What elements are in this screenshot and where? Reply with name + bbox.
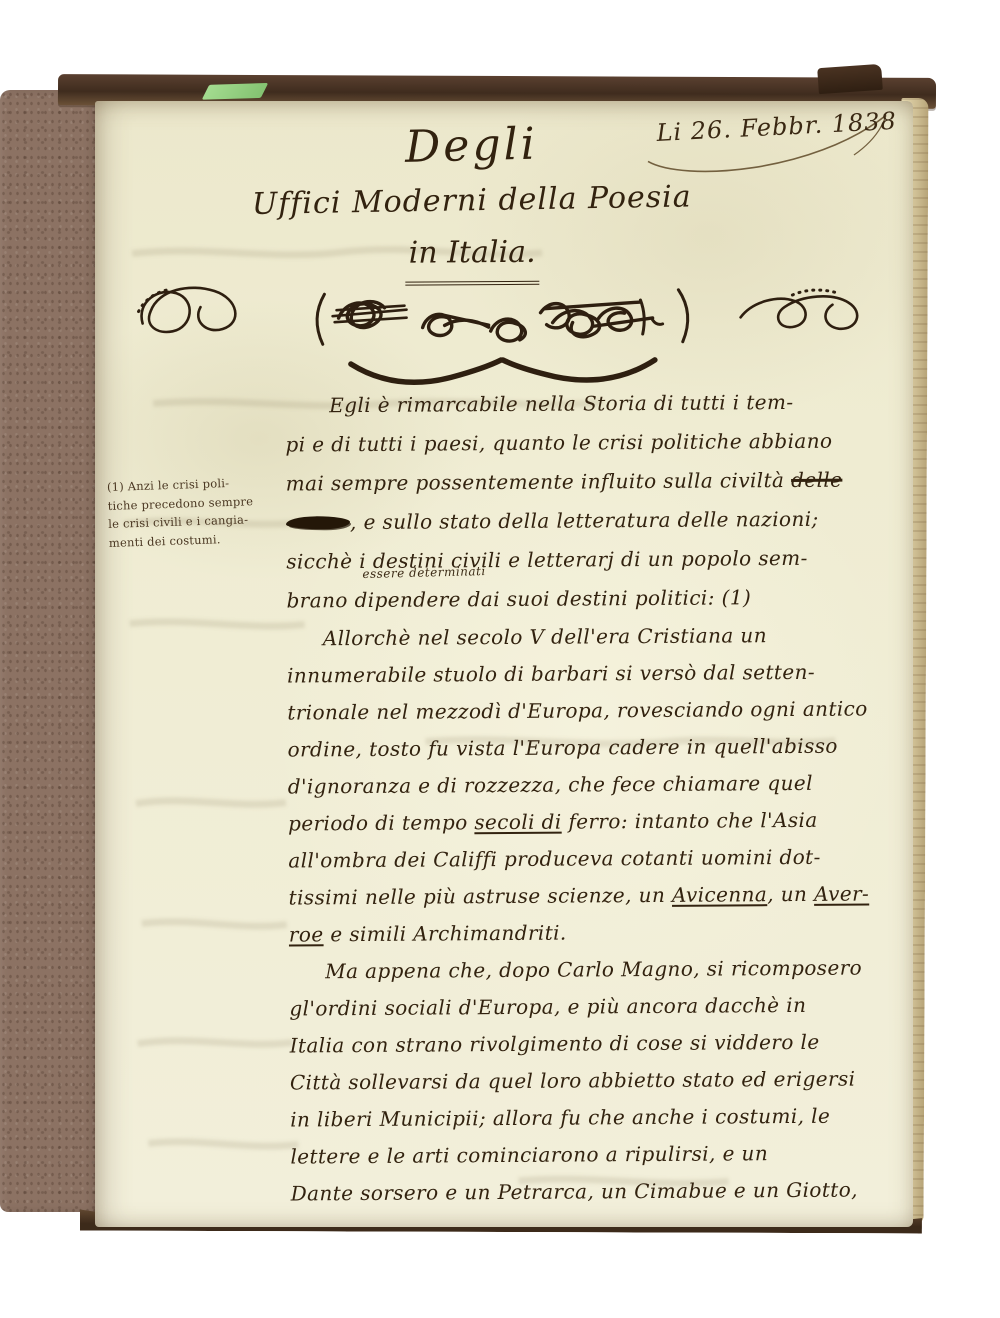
scribbled-word-blot: [286, 516, 350, 529]
body-line: gl'ordini sociali d'Europa, e più ancora…: [289, 986, 909, 1027]
text-segment: ordine, tosto fu vista l'Europa cadere i…: [288, 734, 838, 762]
text-segment: trionale nel mezzodì d'Europa, rovescian…: [287, 696, 868, 724]
text-segment: tissimi nelle più astruse scienze, un: [289, 883, 672, 910]
right-flourish-icon: [740, 290, 857, 330]
body-line: pi e di tutti i paesi, quanto le crisi p…: [285, 421, 905, 464]
body-line: trionale nel mezzodì d'Europa, rovescian…: [287, 690, 907, 731]
body-line: , e sullo stato della letteratura delle …: [286, 499, 906, 542]
text-segment: pi e di tutti i paesi, quanto le crisi p…: [285, 429, 832, 457]
body-line: Italia con strano rivolgimento di cose s…: [290, 1023, 910, 1064]
text-segment: lettere e le arti cominciarono a ripulir…: [290, 1141, 768, 1168]
text-segment: Avicenna: [672, 882, 767, 907]
book-cover-left: [0, 90, 102, 1212]
text-segment: ferro: intanto che l'Asia: [562, 808, 818, 834]
text-segment: delle: [791, 468, 842, 492]
body-line: lettere e le arti cominciarono a ripulir…: [290, 1134, 910, 1175]
text-segment: periodo di tempo: [288, 810, 474, 835]
title-line-1: Degli: [211, 111, 732, 182]
title-line-3-text: in Italia.: [405, 227, 540, 286]
text-segment: e simili Archimandriti.: [323, 921, 566, 947]
body-line: sicchè i destini civili e letterarj di u…: [286, 538, 906, 581]
paragraph: Ma appena che, dopo Carlo Magno, si rico…: [289, 949, 911, 1212]
body-line: Ma appena che, dopo Carlo Magno, si rico…: [289, 949, 909, 990]
text-segment: , e sullo stato della letteratura delle …: [350, 507, 819, 534]
margin-note: (1) Anzi le crisi poli- tiche precedono …: [107, 472, 281, 552]
paragraph: Allorchè nel secolo V dell'era Cristiana…: [287, 616, 909, 953]
body-line: brano dipendere dai suoi destini politic…: [286, 577, 906, 620]
text-segment: secoli di: [474, 810, 561, 835]
text-segment: Allorchè nel secolo V dell'era Cristiana…: [323, 623, 767, 650]
page-content: Li 26. Febbr. 1838 Degli Uffici Moderni …: [91, 98, 917, 1230]
text-segment: Dante sorsero e un Petrarca, un Cimabue …: [291, 1178, 858, 1206]
title-line-3: in Italia.: [212, 225, 732, 287]
scribbled-subtitle: [317, 290, 688, 345]
text-segment: brano dipendere dai suoi destini politic…: [286, 585, 751, 612]
body-line: in liberi Municipii; allora fu che anche…: [290, 1097, 910, 1138]
manuscript-photo: Li 26. Febbr. 1838 Degli Uffici Moderni …: [0, 0, 1000, 1318]
book-corner-top-right: [817, 64, 883, 94]
body-line: Città sollevarsi da quel loro abbietto s…: [290, 1060, 910, 1101]
manuscript-page: Li 26. Febbr. 1838 Degli Uffici Moderni …: [95, 101, 913, 1227]
text-segment: Città sollevarsi da quel loro abbietto s…: [290, 1067, 856, 1095]
text-segment: gl'ordini sociali d'Europa, e più ancora…: [289, 993, 806, 1021]
body-line: mai sempre possentemente influito sulla …: [286, 460, 906, 503]
text-segment: , un: [767, 882, 814, 906]
text-segment: d'ignoranza e di rozzezza, che fece chia…: [288, 771, 813, 799]
paragraph: Egli è rimarcabile nella Storia di tutti…: [285, 382, 907, 620]
body-line: ordine, tosto fu vista l'Europa cadere i…: [287, 727, 907, 768]
text-segment: in liberi Municipii; allora fu che anche…: [290, 1104, 830, 1132]
body-text: Egli è rimarcabile nella Storia di tutti…: [285, 382, 911, 1212]
title-block: Degli Uffici Moderni della Poesia in Ita…: [211, 115, 732, 287]
left-flourish-icon: [138, 287, 235, 332]
body-line: roe e simili Archimandriti.: [289, 912, 909, 953]
body-line: periodo di tempo secoli di ferro: intant…: [288, 801, 908, 842]
text-segment: Egli è rimarcabile nella Storia di tutti…: [329, 390, 793, 417]
body-line: Dante sorsero e un Petrarca, un Cimabue …: [291, 1171, 911, 1212]
text-segment: Ma appena che, dopo Carlo Magno, si rico…: [325, 956, 862, 984]
body-line: Egli è rimarcabile nella Storia di tutti…: [285, 382, 905, 425]
brace-ornament-icon: [351, 359, 655, 383]
text-segment: sicchè i destini civili e letterarj di u…: [286, 546, 808, 574]
text-segment: Aver-: [814, 881, 869, 905]
title-line-2: Uffici Moderni della Poesia: [211, 171, 732, 232]
body-line: innumerabile stuolo di barbari si versò …: [287, 653, 907, 694]
body-line: all'ombra dei Califfi produceva cotanti …: [288, 838, 908, 879]
body-line: d'ignoranza e di rozzezza, che fece chia…: [288, 764, 908, 805]
text-segment: roe: [289, 922, 324, 946]
text-segment: mai sempre possentemente influito sulla …: [286, 468, 792, 496]
text-segment: all'ombra dei Califfi produceva cotanti …: [288, 845, 821, 873]
body-line: Allorchè nel secolo V dell'era Cristiana…: [287, 616, 907, 657]
green-bookmark-tab: [202, 83, 269, 100]
text-segment: Italia con strano rivolgimento di cose s…: [290, 1030, 820, 1058]
body-line: tissimi nelle più astruse scienze, un Av…: [288, 875, 908, 916]
text-segment: innumerabile stuolo di barbari si versò …: [287, 660, 815, 688]
